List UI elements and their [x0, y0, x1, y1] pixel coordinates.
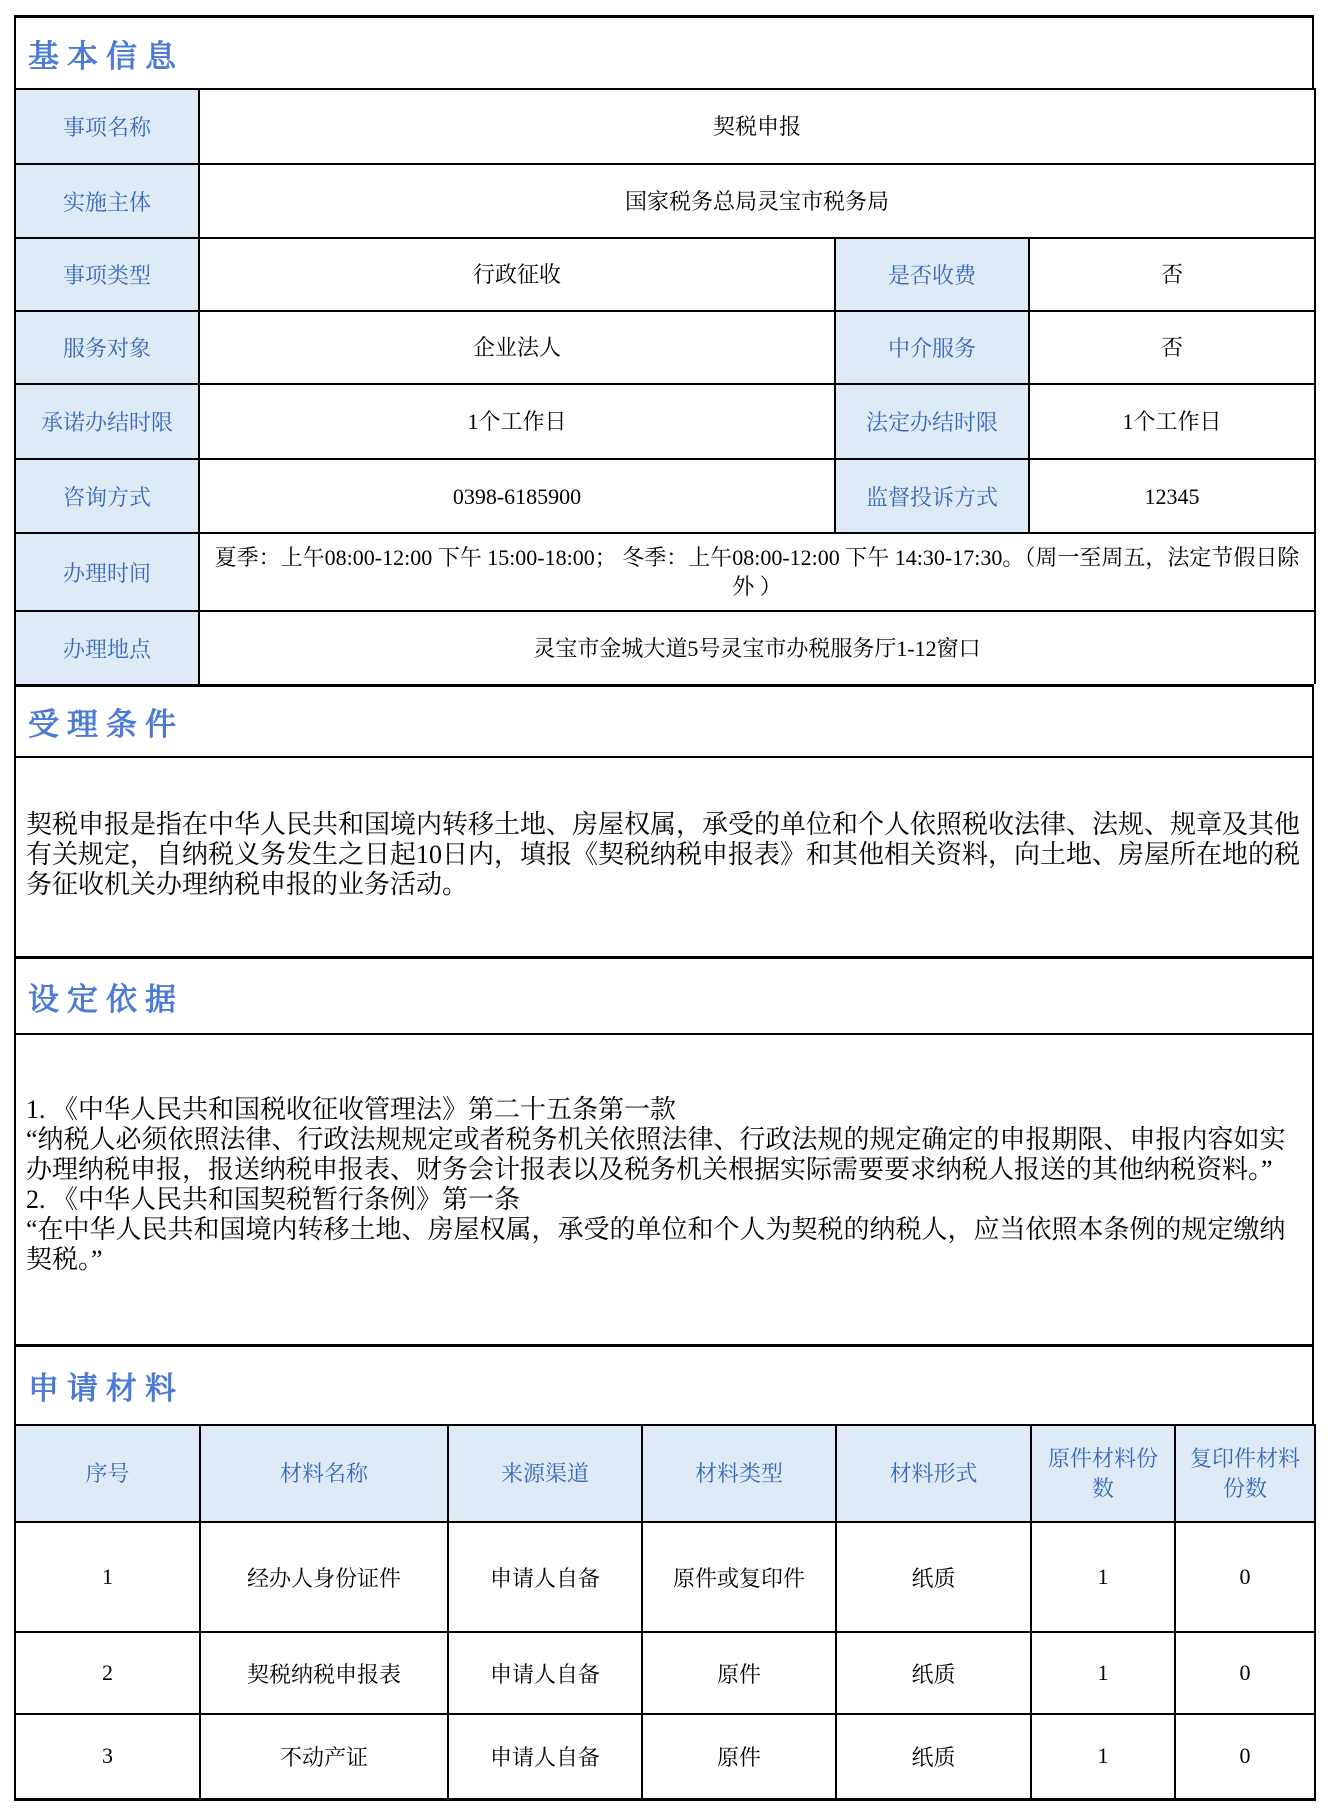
acceptance-paragraph: 契税申报是指在中华人民共和国境内转移土地、房屋权属，承受的单位和个人依照税收法律… [26, 810, 1302, 900]
cell-material-name: 契税纳税申报表 [200, 1632, 448, 1714]
row-label: 实施主体 [15, 164, 199, 238]
column-header: 材料形式 [836, 1425, 1031, 1522]
cell-form: 纸质 [836, 1632, 1031, 1714]
cell-type: 原件 [642, 1632, 836, 1714]
table-row: 1 经办人身份证件 申请人自备 原件或复印件 纸质 1 0 [15, 1522, 1315, 1632]
section-title-text: 基本信息 [28, 31, 184, 76]
cell-seq: 2 [15, 1632, 200, 1714]
row-value: 国家税务总局灵宝市税务局 [199, 164, 1315, 238]
table-row: 事项名称 契税申报 [15, 89, 1315, 164]
row-value: 否 [1029, 311, 1315, 384]
row-label: 咨询方式 [15, 459, 199, 533]
section-title-text: 设定依据 [28, 974, 184, 1019]
table-row: 咨询方式 0398-6185900 监督投诉方式 12345 [15, 459, 1315, 533]
section-title-text: 申请材料 [28, 1363, 184, 1408]
basis-item: “纳税人必须依照法律、行政法规规定或者税务机关依照法律、行政法规的规定确定的申报… [26, 1125, 1302, 1185]
row-label: 承诺办结时限 [15, 384, 199, 459]
row-value: 夏季：上午08:00-12:00 下午 15:00-18:00； 冬季：上午08… [199, 533, 1315, 611]
section-title-basic-info: 基本信息 [14, 15, 1314, 88]
table-row: 办理地点 灵宝市金城大道5号灵宝市办税服务厅1-12窗口 [15, 611, 1315, 684]
row-label: 是否收费 [835, 238, 1029, 311]
column-header: 复印件材料份数 [1175, 1425, 1315, 1522]
row-value: 0398-6185900 [199, 459, 835, 533]
cell-copy-count: 0 [1175, 1714, 1315, 1799]
cell-source: 申请人自备 [448, 1714, 642, 1799]
table-row: 3 不动产证 申请人自备 原件 纸质 1 0 [15, 1714, 1315, 1799]
section-title-basis: 设定依据 [14, 956, 1314, 1033]
materials-table: 序号 材料名称 来源渠道 材料类型 材料形式 原件材料份数 复印件材料份数 1 … [14, 1424, 1316, 1801]
section-title-acceptance: 受理条件 [14, 684, 1314, 756]
basis-item: 2. 《中华人民共和国契税暂行条例》第一条 [26, 1185, 1302, 1215]
acceptance-content: 契税申报是指在中华人民共和国境内转移土地、房屋权属，承受的单位和个人依照税收法律… [14, 756, 1314, 956]
cell-seq: 3 [15, 1714, 200, 1799]
cell-material-name: 经办人身份证件 [200, 1522, 448, 1632]
cell-seq: 1 [15, 1522, 200, 1632]
column-header: 原件材料份数 [1031, 1425, 1175, 1522]
table-row: 承诺办结时限 1个工作日 法定办结时限 1个工作日 [15, 384, 1315, 459]
row-label: 办理地点 [15, 611, 199, 684]
basis-item: “在中华人民共和国境内转移土地、房屋权属，承受的单位和个人为契税的纳税人，应当依… [26, 1215, 1302, 1275]
row-value: 否 [1029, 238, 1315, 311]
column-header: 材料名称 [200, 1425, 448, 1522]
table-row: 2 契税纳税申报表 申请人自备 原件 纸质 1 0 [15, 1632, 1315, 1714]
row-value: 灵宝市金城大道5号灵宝市办税服务厅1-12窗口 [199, 611, 1315, 684]
cell-type: 原件 [642, 1714, 836, 1799]
row-value: 1个工作日 [1029, 384, 1315, 459]
row-label: 法定办结时限 [835, 384, 1029, 459]
cell-type: 原件或复印件 [642, 1522, 836, 1632]
row-value: 企业法人 [199, 311, 835, 384]
table-row: 实施主体 国家税务总局灵宝市税务局 [15, 164, 1315, 238]
row-value: 契税申报 [199, 89, 1315, 164]
service-info-document: 基本信息 事项名称 契税申报 实施主体 国家税务总局灵宝市税务局 事项类型 行政… [14, 15, 1314, 1801]
cell-original-count: 1 [1031, 1632, 1175, 1714]
basic-info-table: 事项名称 契税申报 实施主体 国家税务总局灵宝市税务局 事项类型 行政征收 是否… [14, 88, 1316, 684]
row-label: 事项类型 [15, 238, 199, 311]
table-row: 办理时间 夏季：上午08:00-12:00 下午 15:00-18:00； 冬季… [15, 533, 1315, 611]
basis-content: 1. 《中华人民共和国税收征收管理法》第二十五条第一款 “纳税人必须依照法律、行… [14, 1033, 1314, 1344]
cell-form: 纸质 [836, 1522, 1031, 1632]
cell-form: 纸质 [836, 1714, 1031, 1799]
column-header: 材料类型 [642, 1425, 836, 1522]
row-label: 事项名称 [15, 89, 199, 164]
row-value: 行政征收 [199, 238, 835, 311]
cell-material-name: 不动产证 [200, 1714, 448, 1799]
section-title-text: 受理条件 [28, 699, 184, 744]
cell-source: 申请人自备 [448, 1522, 642, 1632]
section-title-materials: 申请材料 [14, 1344, 1314, 1424]
row-value: 12345 [1029, 459, 1315, 533]
row-value: 1个工作日 [199, 384, 835, 459]
column-header: 序号 [15, 1425, 200, 1522]
cell-copy-count: 0 [1175, 1632, 1315, 1714]
row-label: 中介服务 [835, 311, 1029, 384]
basis-item: 1. 《中华人民共和国税收征收管理法》第二十五条第一款 [26, 1095, 1302, 1125]
cell-source: 申请人自备 [448, 1632, 642, 1714]
cell-original-count: 1 [1031, 1714, 1175, 1799]
row-label: 监督投诉方式 [835, 459, 1029, 533]
row-label: 服务对象 [15, 311, 199, 384]
cell-copy-count: 0 [1175, 1522, 1315, 1632]
table-row: 事项类型 行政征收 是否收费 否 [15, 238, 1315, 311]
materials-header-row: 序号 材料名称 来源渠道 材料类型 材料形式 原件材料份数 复印件材料份数 [15, 1425, 1315, 1522]
cell-original-count: 1 [1031, 1522, 1175, 1632]
table-row: 服务对象 企业法人 中介服务 否 [15, 311, 1315, 384]
row-label: 办理时间 [15, 533, 199, 611]
column-header: 来源渠道 [448, 1425, 642, 1522]
